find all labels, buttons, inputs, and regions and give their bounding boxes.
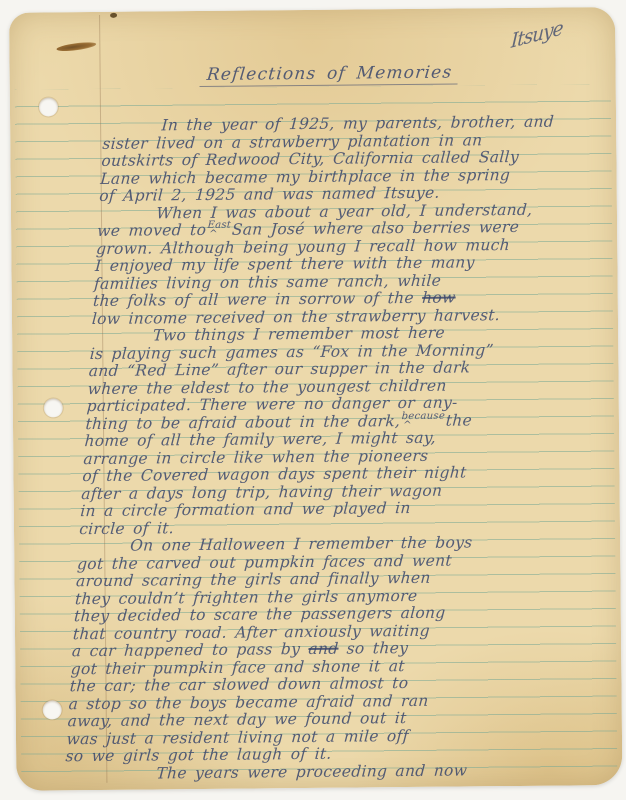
handwriting-text: we moved to bbox=[97, 221, 207, 240]
handwriting-text: so they bbox=[338, 639, 409, 658]
staple-rust-mark bbox=[56, 41, 97, 53]
paper-speck bbox=[110, 13, 117, 18]
handwriting-text: was just a resident living not a mile of… bbox=[66, 727, 409, 748]
page-title-text: Reflections of Memories bbox=[200, 62, 460, 86]
punch-hole-bottom bbox=[43, 700, 62, 719]
struck-out-word: and bbox=[308, 640, 339, 658]
handwriting-text: the bbox=[445, 411, 472, 429]
notebook-page: Itsuye Reflections of Memories In the ye… bbox=[9, 7, 622, 791]
inserted-word: East bbox=[207, 221, 231, 231]
handwriting-text: circle of it. bbox=[79, 519, 175, 538]
punch-hole-top bbox=[39, 97, 58, 116]
punch-hole-middle bbox=[44, 398, 63, 417]
inserted-word: because bbox=[401, 411, 445, 421]
page-title: Reflections of Memories bbox=[159, 62, 501, 85]
handwriting-text: The years were proceeding and now bbox=[156, 761, 468, 782]
author-signature: Itsuye bbox=[510, 17, 563, 53]
scanned-document-background: { "page": { "background_color": "#f6f5f1… bbox=[0, 0, 626, 800]
handwriting-text: in a circle formation and we played in bbox=[80, 499, 411, 520]
handwritten-body: In the year of 1925, my parents, brother… bbox=[64, 113, 612, 783]
struck-out-word: how bbox=[422, 289, 457, 307]
